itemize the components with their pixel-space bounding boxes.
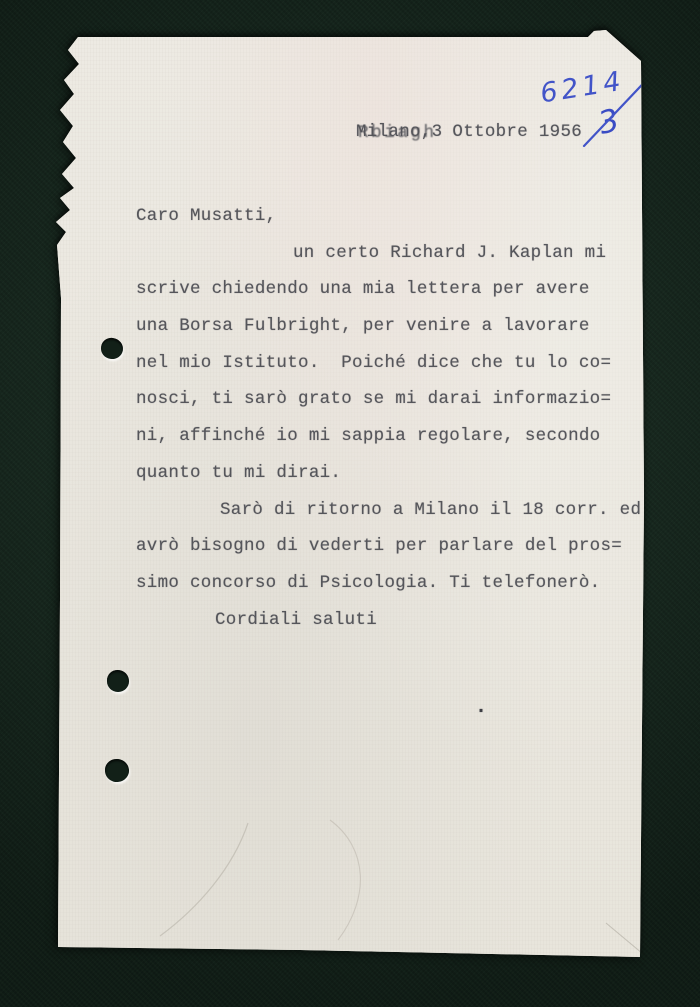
letter-page-wrap: Milano,3RbiaghOttobre 1956 6214 3 Caro M…: [48, 28, 645, 961]
crease-mark: [160, 823, 248, 936]
letter-line: quanto tu mi dirai.: [136, 455, 641, 492]
closing: Cordiali saluti: [136, 602, 641, 639]
letter-line: nosci, ti sarò grato se mi darai informa…: [136, 381, 641, 418]
letter-line: nel mio Istituto. Poiché dice che tu lo …: [136, 345, 641, 382]
letter-line: ni, affinché io mi sappia regolare, seco…: [136, 418, 641, 455]
dateline-place-overstruck: Milano,3Rbiagh: [356, 122, 442, 142]
dateline: Milano,3RbiaghOttobre 1956: [356, 122, 582, 142]
letter-line: Sarò di ritorno a Milano il 18 corr. ed: [136, 492, 641, 529]
punch-hole-middle: [107, 670, 129, 692]
greeting: Caro Musatti,: [136, 198, 641, 235]
punch-hole-top: [100, 337, 125, 361]
letter-body: Caro Musatti, un certo Richard J. Kaplan…: [136, 198, 641, 638]
archive-number-denominator: 3: [595, 102, 623, 142]
punch-hole-bottom: [104, 758, 130, 783]
letter-line: un certo Richard J. Kaplan mi: [136, 235, 641, 272]
dateline-date: Ottobre 1956: [452, 122, 582, 142]
stray-typed-dot: .: [475, 696, 487, 719]
letter-line: scrive chiedendo una mia lettera per ave…: [136, 271, 641, 308]
dateline-overstrike-layer: Rbiagh: [358, 123, 437, 143]
letter-line: una Borsa Fulbright, per venire a lavora…: [136, 308, 641, 345]
letter-line: simo concorso di Psicologia. Ti telefone…: [136, 565, 641, 602]
crease-mark: [330, 820, 360, 940]
scan-background: Milano,3RbiaghOttobre 1956 6214 3 Caro M…: [0, 0, 700, 1007]
letter-line: avrò bisogno di vederti per parlare del …: [136, 528, 641, 565]
crease-mark: [606, 923, 643, 954]
paper-sheet: Milano,3RbiaghOttobre 1956 6214 3 Caro M…: [48, 28, 645, 961]
